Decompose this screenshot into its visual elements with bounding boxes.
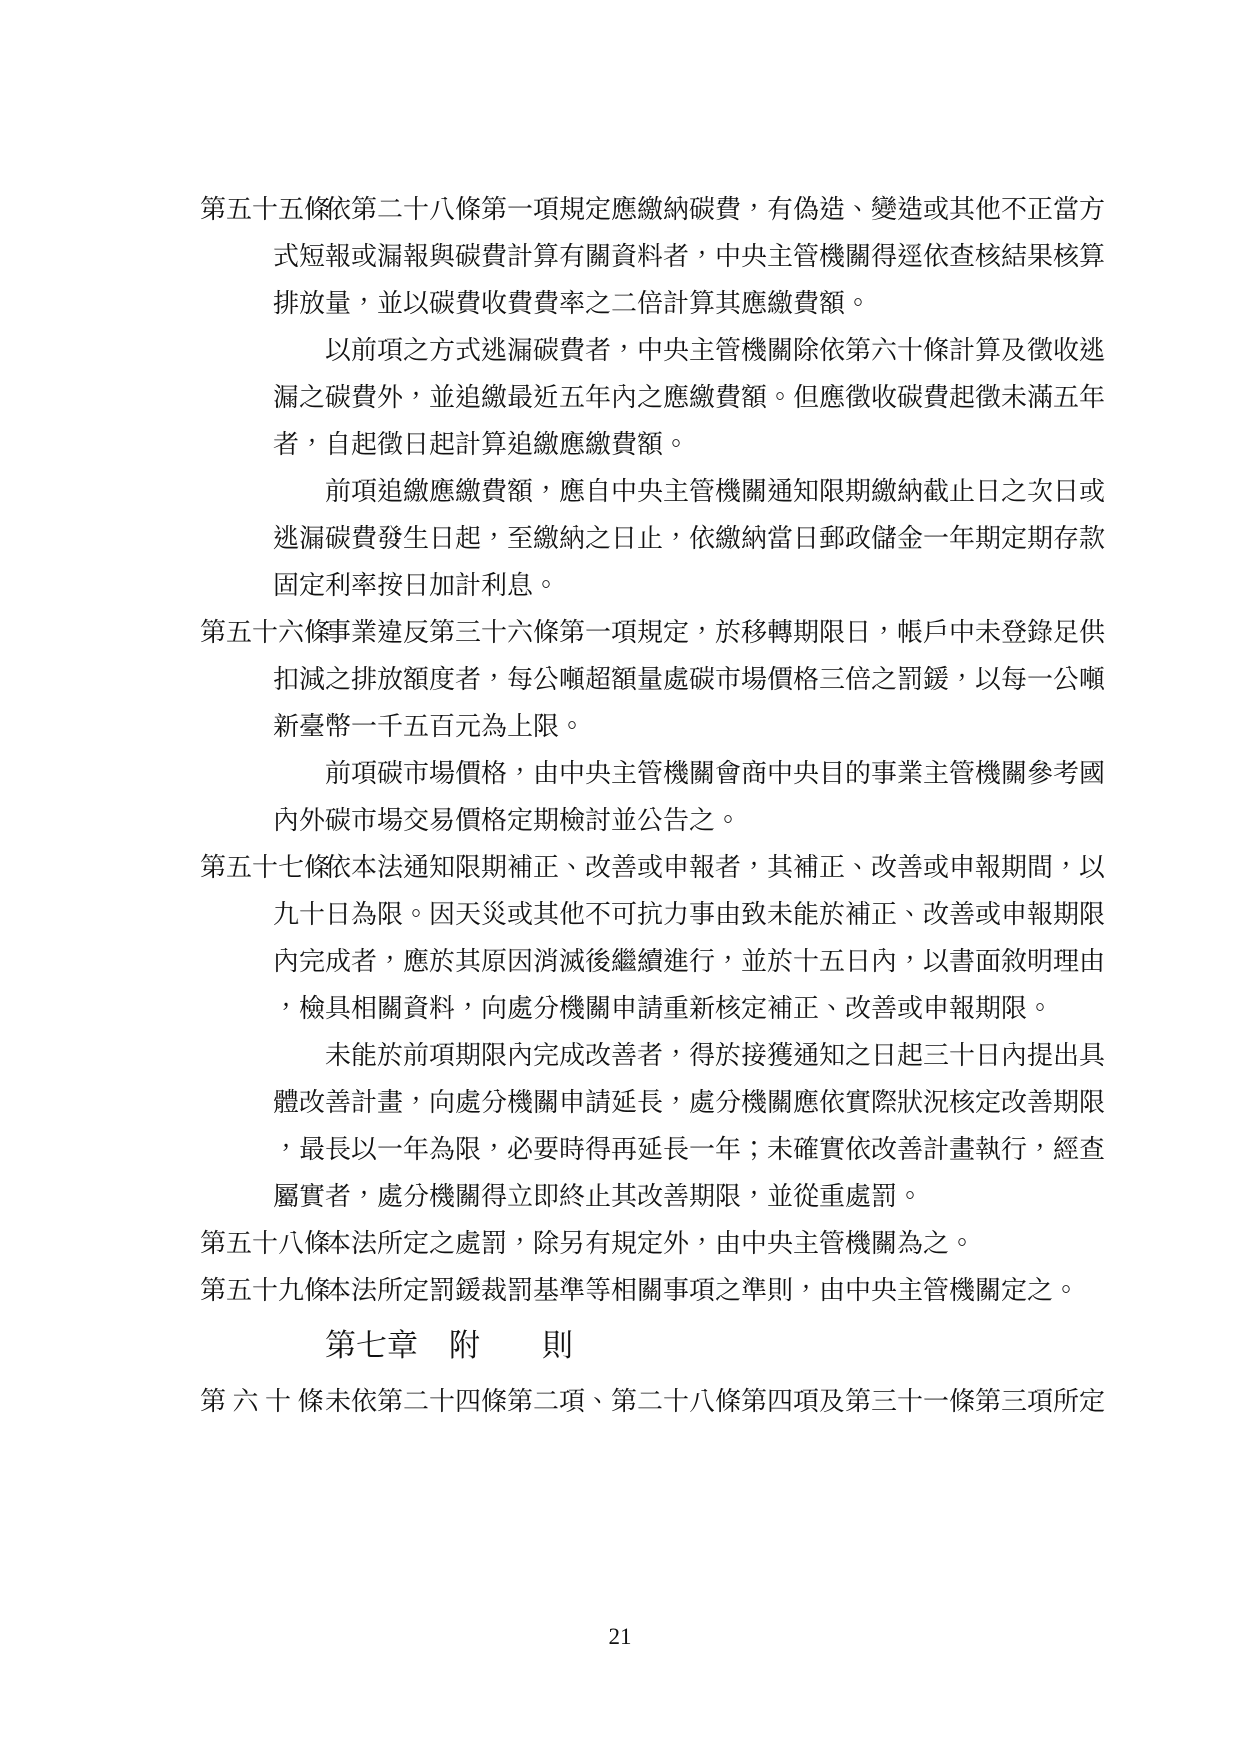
chapter-7-heading: 第七章 附 則 — [273, 1314, 1133, 1378]
text-line: 依本法通知限期補正、改善或申報者，其補正、改善或申報期間，以 — [325, 853, 1105, 882]
text-line-row: 新臺幣一千五百元為上限。 — [273, 703, 1133, 750]
text-line: 以前項之方式逃漏碳費者，中央主管機關除依第六十條計算及徵收逃 — [325, 336, 1105, 365]
article-57-first-line: 第五十七條依本法通知限期補正、改善或申報者，其補正、改善或申報期間，以 — [273, 844, 1133, 891]
document-page: 第五十五條依第二十八條第一項規定應繳納碳費，有偽造、變造或其他不正當方 式短報或… — [0, 0, 1240, 1753]
article-57-number-label: 第五十七條 — [148, 844, 330, 891]
text-line-row: 固定利率按日加計利息。 — [273, 562, 1133, 609]
text-line: 內外碳市場交易價格定期檢討並公告之。 — [273, 806, 741, 835]
text-line: 逃漏碳費發生日起，至繳納之日止，依繳納當日郵政儲金一年期定期存款 — [273, 524, 1105, 553]
page-number: 21 — [0, 1622, 1240, 1652]
text-line: ，檢具相關資料，向處分機關申請重新核定補正、改善或申報期限。 — [273, 994, 1053, 1023]
text-line-row: 內完成者，應於其原因消滅後繼續進行，並於十五日內，以書面敘明理由 — [273, 938, 1133, 985]
text-line: 事業違反第三十六條第一項規定，於移轉期限日，帳戶中未登錄足供 — [325, 618, 1105, 647]
text-line-row: 內外碳市場交易價格定期檢討並公告之。 — [273, 797, 1133, 844]
article-56-number-label: 第五十六條 — [148, 609, 330, 656]
text-line-row: 扣減之排放額度者，每公噸超額量處碳市場價格三倍之罰鍰，以每一公噸 — [273, 656, 1133, 703]
text-line: 前項追繳應繳費額，應自中央主管機關通知限期繳納截止日之次日或 — [325, 477, 1105, 506]
text-line-row: ，檢具相關資料，向處分機關申請重新核定補正、改善或申報期限。 — [273, 985, 1133, 1032]
text-line: 本法所定之處罰，除另有規定外，由中央主管機關為之。 — [325, 1229, 975, 1258]
text-line-row: 九十日為限。因天災或其他不可抗力事由致未能於補正、改善或申報期限 — [273, 891, 1133, 938]
text-line: 本法所定罰鍰裁罰基準等相關事項之準則，由中央主管機關定之。 — [325, 1276, 1079, 1305]
text-line-row: 以前項之方式逃漏碳費者，中央主管機關除依第六十條計算及徵收逃 — [273, 327, 1133, 374]
text-line-row: 排放量，並以碳費收費費率之二倍計算其應繳費額。 — [273, 280, 1133, 327]
text-line-row: 前項追繳應繳費額，應自中央主管機關通知限期繳納截止日之次日或 — [273, 468, 1133, 515]
text-line-row: 前項碳市場價格，由中央主管機關會商中央目的事業主管機關參考國 — [273, 750, 1133, 797]
text-line-row: 未能於前項期限內完成改善者，得於接獲通知之日起三十日內提出具 — [273, 1032, 1133, 1079]
text-line: 未依第二十四條第二項、第二十八條第四項及第三十一條第三項所定 — [325, 1387, 1105, 1416]
text-line: 新臺幣一千五百元為上限。 — [273, 712, 585, 741]
text-line: 漏之碳費外，並追繳最近五年內之應繳費額。但應徵收碳費起徵未滿五年 — [273, 383, 1105, 412]
text-line-row: ，最長以一年為限，必要時得再延長一年；未確實依改善計畫執行，經查 — [273, 1126, 1133, 1173]
text-line: 者，自起徵日起計算追繳應繳費額。 — [273, 430, 689, 459]
article-59-number-label: 第五十九條 — [148, 1267, 330, 1314]
text-line: 內完成者，應於其原因消滅後繼續進行，並於十五日內，以書面敘明理由 — [273, 947, 1105, 976]
text-line-row: 體改善計畫，向處分機關申請延長，處分機關應依實際狀況核定改善期限 — [273, 1079, 1133, 1126]
text-line-row: 逃漏碳費發生日起，至繳納之日止，依繳納當日郵政儲金一年期定期存款 — [273, 515, 1133, 562]
text-line: 依第二十八條第一項規定應繳納碳費，有偽造、變造或其他不正當方 — [325, 195, 1105, 224]
article-59-first-line: 第五十九條本法所定罰鍰裁罰基準等相關事項之準則，由中央主管機關定之。 — [273, 1267, 1133, 1314]
article-56-first-line: 第五十六條事業違反第三十六條第一項規定，於移轉期限日，帳戶中未登錄足供 — [273, 609, 1133, 656]
article-55-first-line: 第五十五條依第二十八條第一項規定應繳納碳費，有偽造、變造或其他不正當方 — [273, 186, 1133, 233]
text-line: 前項碳市場價格，由中央主管機關會商中央目的事業主管機關參考國 — [325, 759, 1105, 788]
text-line-row: 屬實者，處分機關得立即終止其改善期限，並從重處罰。 — [273, 1173, 1133, 1220]
text-line: 屬實者，處分機關得立即終止其改善期限，並從重處罰。 — [273, 1182, 923, 1211]
text-line-row: 式短報或漏報與碳費計算有關資料者，中央主管機關得逕依查核結果核算 — [273, 233, 1133, 280]
text-line: 九十日為限。因天災或其他不可抗力事由致未能於補正、改善或申報期限 — [273, 900, 1105, 929]
text-line-row: 漏之碳費外，並追繳最近五年內之應繳費額。但應徵收碳費起徵未滿五年 — [273, 374, 1133, 421]
article-58-first-line: 第五十八條本法所定之處罰，除另有規定外，由中央主管機關為之。 — [273, 1220, 1133, 1267]
article-60-number-label: 第 六 十 條 — [148, 1378, 324, 1425]
text-line-row: 者，自起徵日起計算追繳應繳費額。 — [273, 421, 1133, 468]
article-60-first-line: 第 六 十 條未依第二十四條第二項、第二十八條第四項及第三十一條第三項所定 — [273, 1378, 1133, 1425]
text-line: 排放量，並以碳費收費費率之二倍計算其應繳費額。 — [273, 289, 871, 318]
text-line: 扣減之排放額度者，每公噸超額量處碳市場價格三倍之罰鍰，以每一公噸 — [273, 665, 1105, 694]
text-line: ，最長以一年為限，必要時得再延長一年；未確實依改善計畫執行，經查 — [273, 1135, 1105, 1164]
text-line: 固定利率按日加計利息。 — [273, 571, 559, 600]
article-58-number-label: 第五十八條 — [148, 1220, 330, 1267]
document-body: 第五十五條依第二十八條第一項規定應繳納碳費，有偽造、變造或其他不正當方 式短報或… — [273, 186, 1133, 1425]
text-line: 未能於前項期限內完成改善者，得於接獲通知之日起三十日內提出具 — [325, 1041, 1105, 1070]
text-line: 體改善計畫，向處分機關申請延長，處分機關應依實際狀況核定改善期限 — [273, 1088, 1105, 1117]
article-55-number-label: 第五十五條 — [148, 186, 330, 233]
text-line: 式短報或漏報與碳費計算有關資料者，中央主管機關得逕依查核結果核算 — [273, 242, 1105, 271]
